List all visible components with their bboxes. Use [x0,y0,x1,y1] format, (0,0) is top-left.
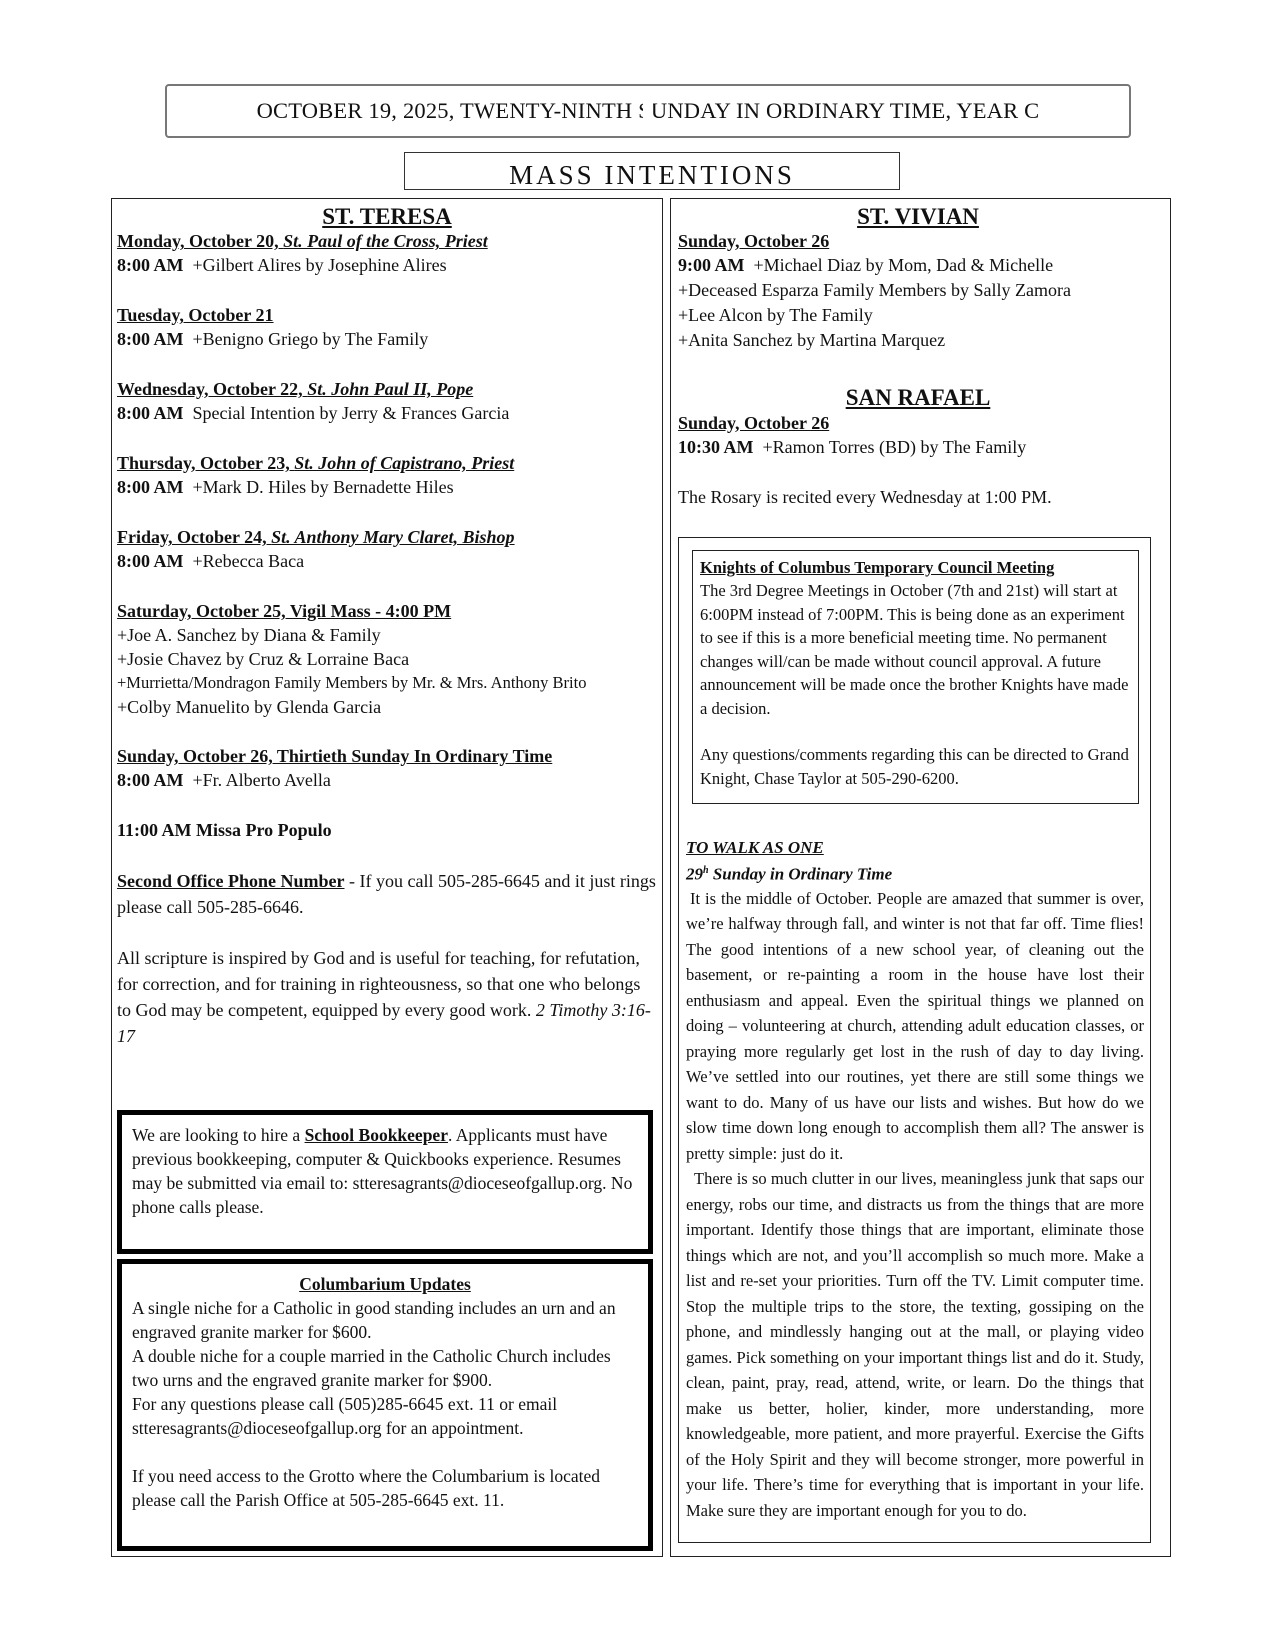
day-heading: Saturday, October 25, Vigil Mass - 4:00 … [117,599,657,623]
day-heading: Sunday, October 26 [678,229,1158,253]
kofc-notice: Knights of Columbus Temporary Council Me… [692,550,1139,804]
date-banner: OCTOBER 19, 2025, TWENTY-NINTH SUNDAY IN… [165,84,1131,138]
day-heading: Friday, October 24, St. Anthony Mary Cla… [117,525,657,549]
church-title-st-teresa: ST. TERESA [117,204,657,229]
to-walk-as-one: TO WALK AS ONE 29h Sunday in Ordinary Ti… [686,836,1144,1523]
church-title-san-rafael: SAN RAFAEL [678,385,1158,410]
mass-entry: +Josie Chavez by Cruz & Lorraine Baca [117,647,657,671]
columbarium-updates: Columbarium Updates A single niche for a… [117,1259,653,1551]
missa-pro-populo: 11:00 AM Missa Pro Populo [117,818,657,843]
mass-entry: 8:00 AM +Mark D. Hiles by Bernadette Hil… [117,475,657,500]
mass-entry: +Colby Manuelito by Glenda Garcia [117,695,657,719]
walk-title: TO WALK AS ONE [686,836,1144,859]
day-heading: Wednesday, October 22, St. John Paul II,… [117,377,657,401]
day-heading: Sunday, October 26, Thirtieth Sunday In … [117,744,657,768]
day-heading: Monday, October 20, St. Paul of the Cros… [117,229,657,253]
st-vivian-section: ST. VIVIAN Sunday, October 26 9:00 AM +M… [678,204,1158,510]
mass-entry: 8:00 AM +Rebecca Baca [117,549,657,574]
day-heading: Thursday, October 23, St. John of Capist… [117,451,657,475]
st-teresa-content: ST. TERESA Monday, October 20, St. Paul … [117,204,657,1049]
mass-entry: +Deceased Esparza Family Members by Sall… [678,278,1158,303]
kofc-title: Knights of Columbus Temporary Council Me… [700,557,1131,579]
mass-entry: +Murrietta/Mondragon Family Members by M… [117,671,657,695]
mass-entry: 9:00 AM +Michael Diaz by Mom, Dad & Mich… [678,253,1158,278]
second-phone-notice: Second Office Phone Number - If you call… [117,868,657,920]
walk-subtitle: 29h Sunday in Ordinary Time [686,859,1144,886]
section-title: MASS INTENTIONS [404,152,900,190]
columbarium-title: Columbarium Updates [132,1272,638,1296]
day-heading: Sunday, October 26 [678,411,1158,435]
walk-body: It is the middle of October. People are … [686,886,1144,1524]
mass-entry: +Joe A. Sanchez by Diana & Family [117,623,657,647]
mass-entry: 8:00 AM Special Intention by Jerry & Fra… [117,401,657,426]
mass-entry: 8:00 AM +Benigno Griego by The Family [117,327,657,352]
bookkeeper-notice: We are looking to hire a School Bookkeep… [117,1110,653,1254]
church-title-st-vivian: ST. VIVIAN [678,204,1158,229]
rosary-notice: The Rosary is recited every Wednesday at… [678,485,1158,510]
mass-entry: 10:30 AM +Ramon Torres (BD) by The Famil… [678,435,1158,460]
section-title-text: MASS INTENTIONS [509,162,795,189]
mass-entry: 8:00 AM +Fr. Alberto Avella [117,768,657,793]
scripture-quote: All scripture is inspired by God and is … [117,945,657,1049]
mass-entry: +Anita Sanchez by Martina Marquez [678,328,1158,353]
day-heading: Tuesday, October 21 [117,303,657,327]
banner-text: OCTOBER 19, 2025, TWENTY-NINTH SUNDAY IN… [257,98,1040,124]
mass-entry: +Lee Alcon by The Family [678,303,1158,328]
mass-entry: 8:00 AM +Gilbert Alires by Josephine Ali… [117,253,657,278]
